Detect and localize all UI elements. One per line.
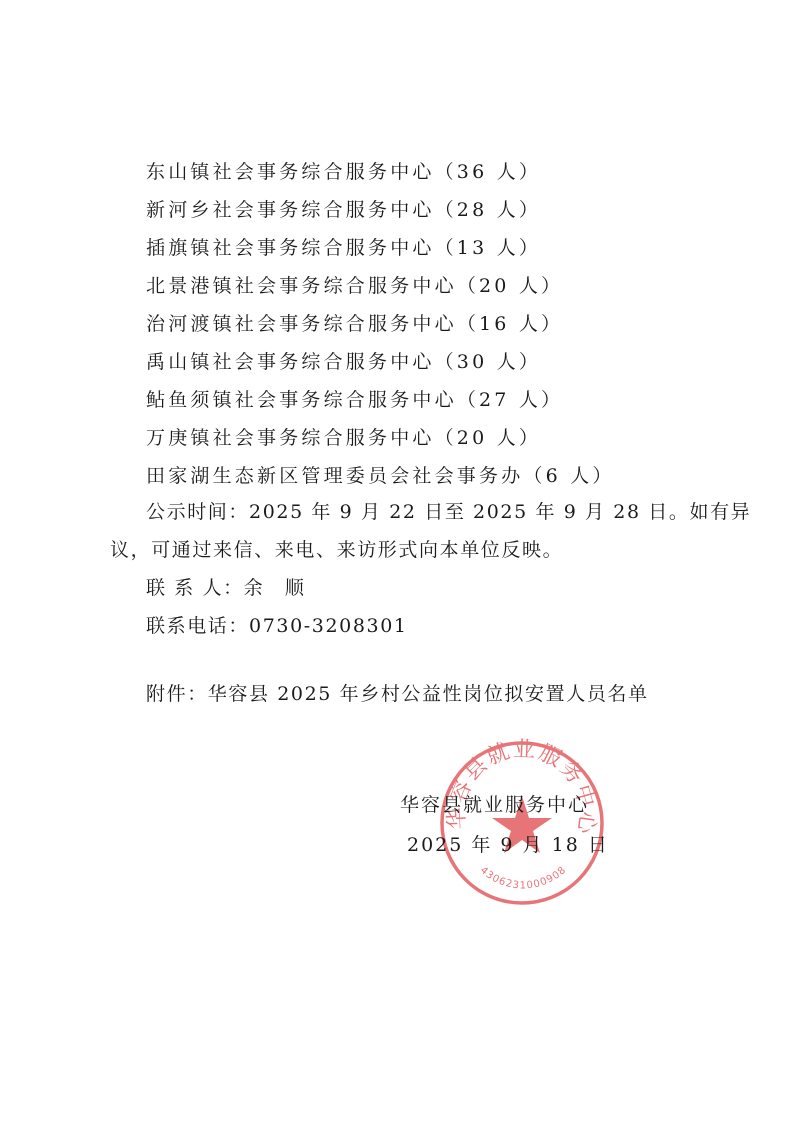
- unit-name: 插旗镇社会事务综合服务中心: [146, 237, 435, 259]
- unit-line: 田家湖生态新区管理委员会社会事务办（6 人）: [146, 464, 615, 488]
- attachment-line: 附件：华容县 2025 年乡村公益性岗位拟安置人员名单: [146, 682, 649, 706]
- unit-line: 治河渡镇社会事务综合服务中心（16 人）: [146, 312, 563, 336]
- official-seal-icon: 华容县就业服务中心 4306231000908 2: [437, 738, 607, 908]
- unit-name: 新河乡社会事务综合服务中心: [146, 199, 435, 221]
- contact-phone: 联系电话：0730-3208301: [146, 614, 408, 638]
- unit-line: 东山镇社会事务综合服务中心（36 人）: [146, 160, 541, 184]
- unit-count: （36 人）: [435, 161, 541, 183]
- unit-line: 北景港镇社会事务综合服务中心（20 人）: [146, 274, 563, 298]
- unit-count: （13 人）: [435, 237, 541, 259]
- unit-name: 北景港镇社会事务综合服务中心: [146, 275, 457, 297]
- unit-count: （20 人）: [435, 427, 541, 449]
- unit-line: 万庚镇社会事务综合服务中心（20 人）: [146, 426, 541, 450]
- notice-feedback: 议，可通过来信、来电、来访形式向本单位反映。: [110, 538, 563, 562]
- signature-date: 2025 年 9 月 18 日: [407, 830, 609, 857]
- unit-count: （30 人）: [435, 351, 541, 373]
- unit-name: 鲇鱼须镇社会事务综合服务中心: [146, 389, 457, 411]
- contact-person: 联 系 人：余 顺: [146, 576, 305, 600]
- unit-name: 禹山镇社会事务综合服务中心: [146, 351, 435, 373]
- unit-count: （27 人）: [457, 389, 563, 411]
- unit-line: 插旗镇社会事务综合服务中心（13 人）: [146, 236, 541, 260]
- unit-line: 鲇鱼须镇社会事务综合服务中心（27 人）: [146, 388, 563, 412]
- unit-count: （16 人）: [457, 313, 563, 335]
- unit-line: 新河乡社会事务综合服务中心（28 人）: [146, 198, 541, 222]
- unit-count: （28 人）: [435, 199, 541, 221]
- unit-name: 东山镇社会事务综合服务中心: [146, 161, 435, 183]
- document-page: 东山镇社会事务综合服务中心（36 人） 新河乡社会事务综合服务中心（28 人） …: [0, 0, 793, 1121]
- signature-organization: 华容县就业服务中心: [400, 790, 589, 817]
- unit-name: 万庚镇社会事务综合服务中心: [146, 427, 435, 449]
- unit-name: 田家湖生态新区管理委员会社会事务办: [146, 465, 523, 487]
- unit-line: 禹山镇社会事务综合服务中心（30 人）: [146, 350, 541, 374]
- unit-count: （20 人）: [457, 275, 563, 297]
- unit-count: （6 人）: [523, 465, 614, 487]
- notice-period: 公示时间：2025 年 9 月 22 日至 2025 年 9 月 28 日。如有…: [146, 500, 751, 524]
- unit-name: 治河渡镇社会事务综合服务中心: [146, 313, 457, 335]
